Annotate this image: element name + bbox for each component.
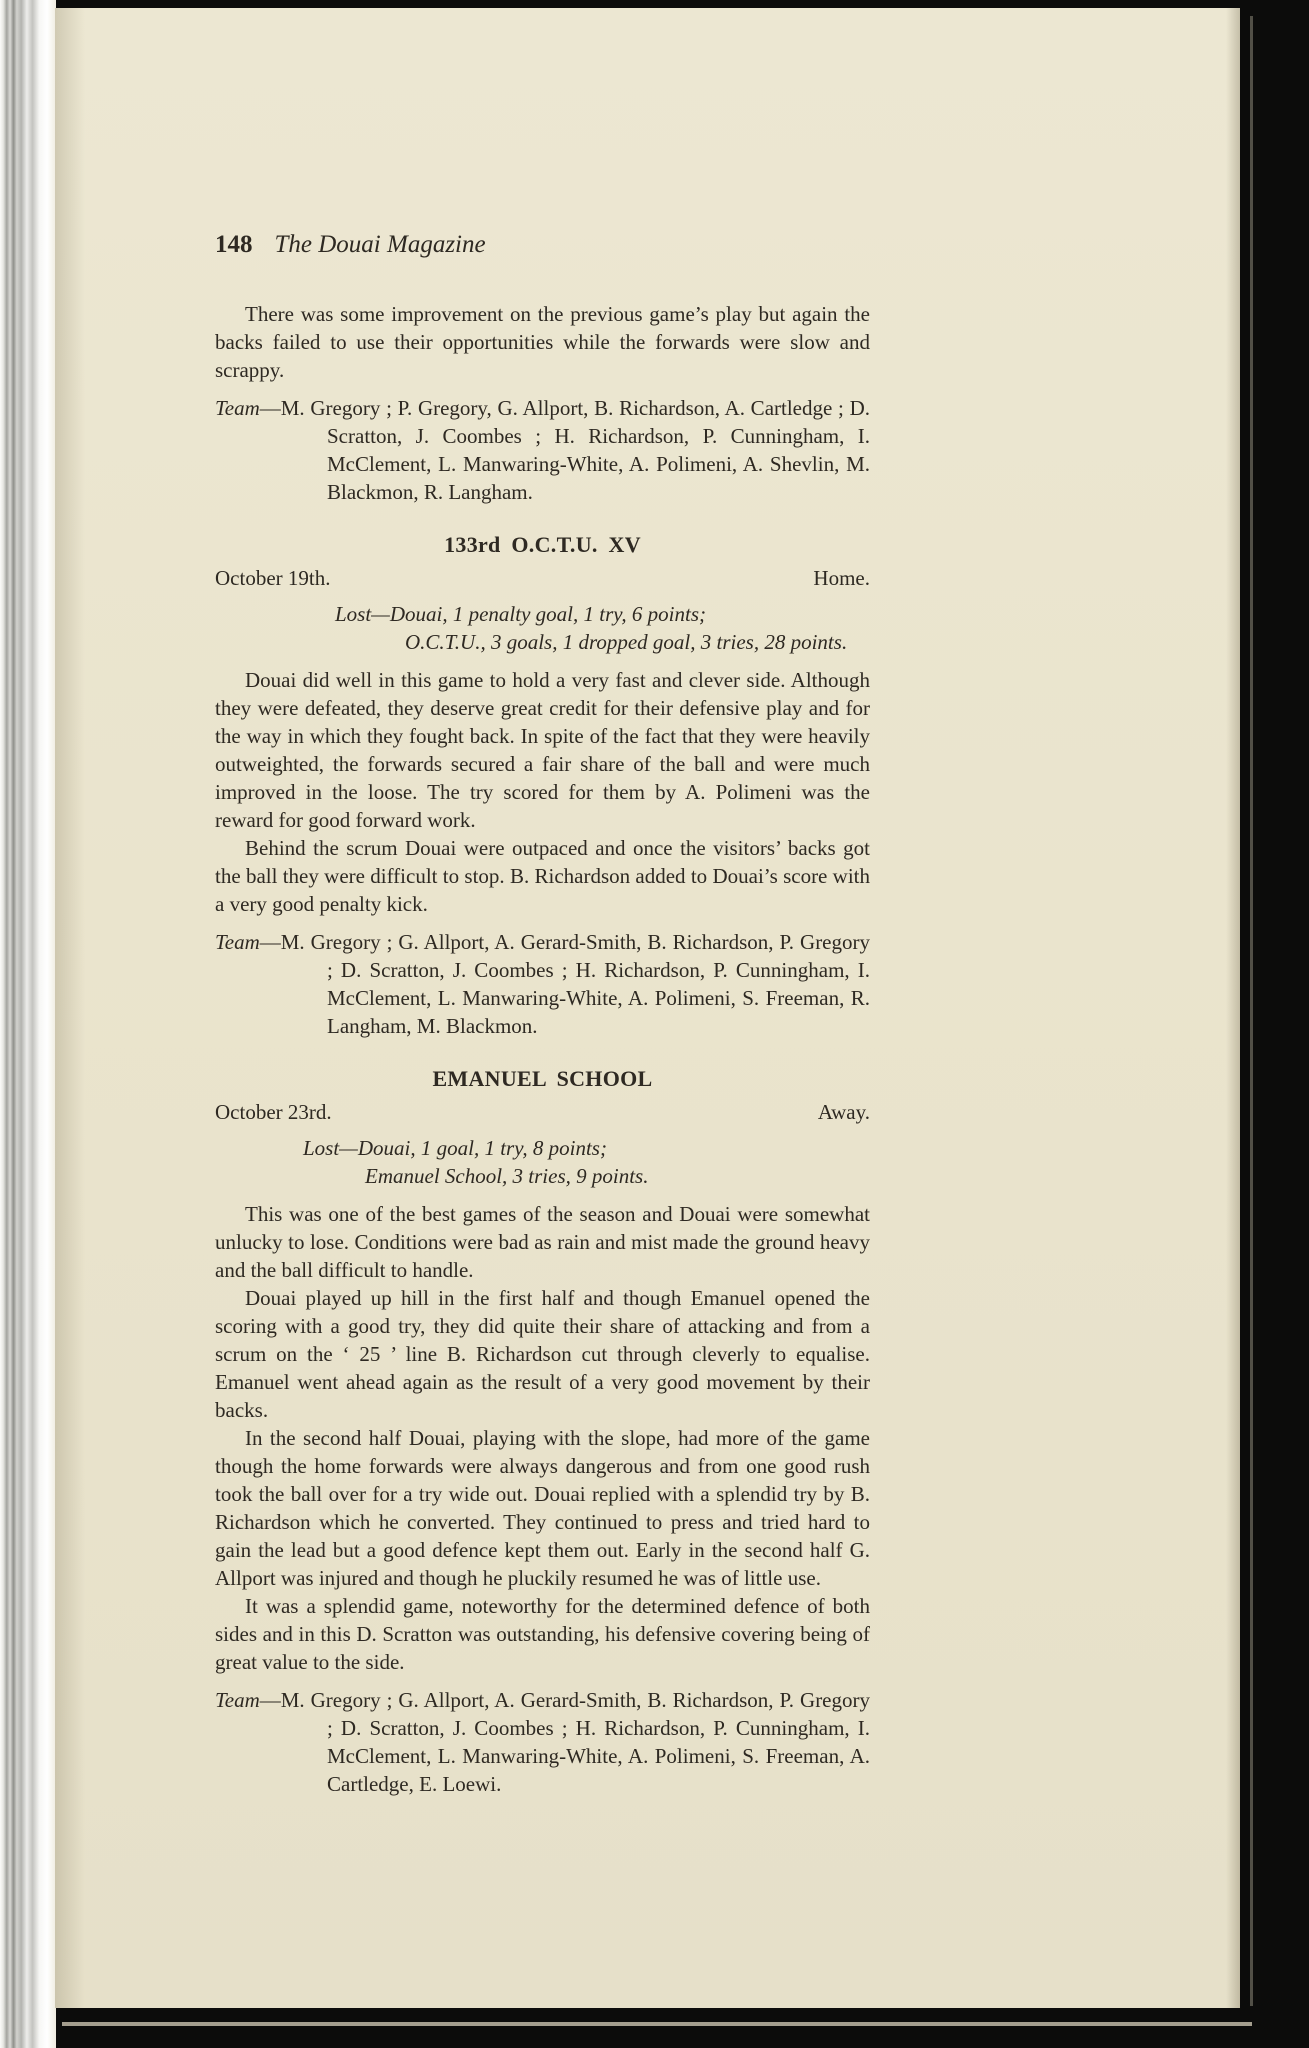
page-content: 148 The Douai Magazine There was some im… xyxy=(215,230,870,1798)
team-label: Team xyxy=(215,396,260,420)
result-line-opponent: O.C.T.U., 3 goals, 1 dropped goal, 3 tri… xyxy=(405,628,870,656)
page-header: 148 The Douai Magazine xyxy=(215,230,870,260)
match-paragraph: It was a splendid game, noteworthy for t… xyxy=(215,1592,870,1676)
magazine-title: The Douai Magazine xyxy=(275,230,486,260)
team-list-emanuel: Team—M. Gregory ; G. Allport, A. Gerard-… xyxy=(215,1686,870,1798)
match-paragraph: This was one of the best games of the se… xyxy=(215,1200,870,1284)
match-heading: 133rd O.C.T.U. XV xyxy=(215,530,870,560)
match-report-octu: 133rd O.C.T.U. XV October 19th. Home. Lo… xyxy=(215,530,870,1040)
match-paragraph: Douai played up hill in the first half a… xyxy=(215,1284,870,1424)
match-paragraph: Douai did well in this game to hold a ve… xyxy=(215,666,870,834)
result-line-opponent: Emanuel School, 3 tries, 9 points. xyxy=(365,1162,870,1190)
match-heading: EMANUEL SCHOOL xyxy=(215,1064,870,1094)
match-paragraph: In the second half Douai, playing with t… xyxy=(215,1424,870,1592)
bottom-page-edge xyxy=(62,2022,1252,2026)
date-row: October 23rd. Away. xyxy=(215,1098,870,1126)
right-page-edge xyxy=(1250,16,1253,2006)
match-paragraph: Behind the scrum Douai were outpaced and… xyxy=(215,834,870,918)
result-line-douai: Lost—Douai, 1 goal, 1 try, 8 points; xyxy=(303,1134,870,1162)
team-names: —M. Gregory ; P. Gregory, G. Allport, B.… xyxy=(260,396,870,504)
team-list-octu: Team—M. Gregory ; G. Allport, A. Gerard-… xyxy=(215,928,870,1040)
team-names: —M. Gregory ; G. Allport, A. Gerard-Smit… xyxy=(260,1688,870,1796)
match-date: October 23rd. xyxy=(215,1098,332,1126)
binding-pages-edge xyxy=(0,0,56,2048)
match-venue: Away. xyxy=(818,1098,870,1126)
match-date: October 19th. xyxy=(215,564,330,592)
match-venue: Home. xyxy=(813,564,870,592)
team-list-opening: Team—M. Gregory ; P. Gregory, G. Allport… xyxy=(215,394,870,506)
team-label: Team xyxy=(215,1688,260,1712)
magazine-page: 148 The Douai Magazine There was some im… xyxy=(55,8,1240,2008)
team-names: —M. Gregory ; G. Allport, A. Gerard-Smit… xyxy=(260,930,870,1038)
result-line-douai: Lost—Douai, 1 penalty goal, 1 try, 6 poi… xyxy=(335,600,870,628)
date-row: October 19th. Home. xyxy=(215,564,870,592)
team-label: Team xyxy=(215,930,260,954)
opening-paragraph: There was some improvement on the previo… xyxy=(215,300,870,384)
match-result: Lost—Douai, 1 penalty goal, 1 try, 6 poi… xyxy=(215,600,870,656)
page-number: 148 xyxy=(215,230,253,260)
match-result: Lost—Douai, 1 goal, 1 try, 8 points; Ema… xyxy=(215,1134,870,1190)
match-report-emanuel: EMANUEL SCHOOL October 23rd. Away. Lost—… xyxy=(215,1064,870,1798)
